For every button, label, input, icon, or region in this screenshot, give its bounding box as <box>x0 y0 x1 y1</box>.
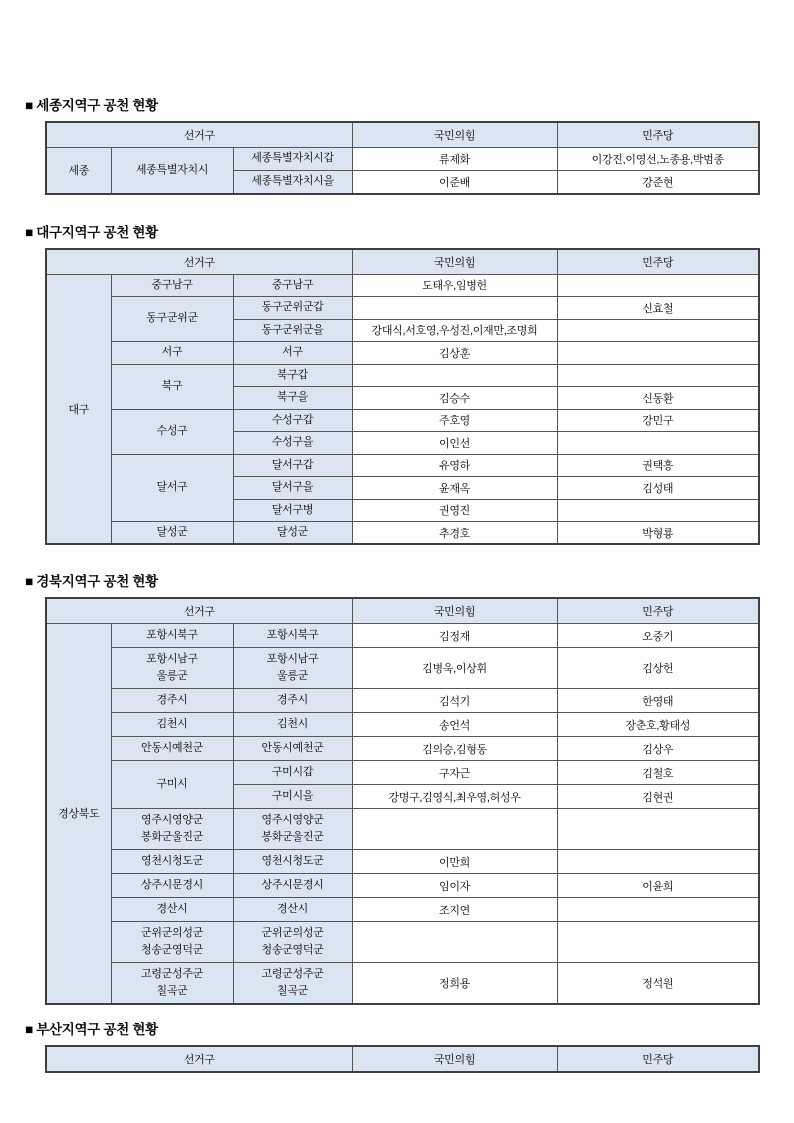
dp-candidate-cell <box>557 850 759 874</box>
district-group-cell: 영천시청도군 <box>111 850 233 874</box>
dp-candidate-cell: 이강진,이영선,노종용,박범종 <box>557 148 759 171</box>
district-group-cell: 동구군위군 <box>111 297 233 342</box>
header-ppp: 국민의힘 <box>352 249 557 275</box>
district-group-cell: 구미시 <box>111 761 233 809</box>
district-group-cell: 고령군성주군 칠곡군 <box>111 963 233 1004</box>
table-row: 수성구 수성구갑 주호영 강민구 <box>46 409 759 432</box>
district-group-cell: 영주시영양군 봉화군울진군 <box>111 809 233 850</box>
table-row: 동구군위군 동구군위군갑 신효철 <box>46 297 759 320</box>
ppp-candidate-cell <box>352 809 557 850</box>
table-row: 군위군의성군 청송군영덕군 군위군의성군 청송군영덕군 <box>46 922 759 963</box>
ppp-candidate-cell: 김정재 <box>352 624 557 648</box>
header-ppp: 국민의힘 <box>352 598 557 624</box>
ppp-candidate-cell: 김의승,김형동 <box>352 737 557 761</box>
district-cell: 상주시문경시 <box>233 874 352 898</box>
ppp-candidate-cell: 강명구,김영식,최우영,허성우 <box>352 785 557 809</box>
dp-candidate-cell <box>557 922 759 963</box>
region-cell: 대구 <box>46 274 111 544</box>
district-group-cell: 서구 <box>111 342 233 365</box>
ppp-candidate-cell: 정희용 <box>352 963 557 1004</box>
district-cell: 군위군의성군 청송군영덕군 <box>233 922 352 963</box>
district-group-cell: 달성군 <box>111 522 233 545</box>
table-row: 안동시예천군 안동시예천군 김의승,김형동 김상우 <box>46 737 759 761</box>
ppp-candidate-cell: 이인선 <box>352 432 557 455</box>
district-cell: 구미시을 <box>233 785 352 809</box>
dp-candidate-cell: 김상헌 <box>557 648 759 689</box>
header-dp: 민주당 <box>557 1046 759 1072</box>
section-sejong: ■ 세종지역구 공천 현황 선거구 국민의힘 민주당 세종 세종특별자치시 세종… <box>25 98 794 195</box>
dp-candidate-cell: 한영태 <box>557 689 759 713</box>
district-cell: 김천시 <box>233 713 352 737</box>
table-row: 구미시 구미시갑 구자근 김철호 <box>46 761 759 785</box>
table-row: 대구 중구남구 중구남구 도태우,임병헌 <box>46 274 759 297</box>
district-cell: 북구을 <box>233 387 352 410</box>
district-cell: 세종특별자치시갑 <box>233 148 352 171</box>
section-busan: ■ 부산지역구 공천 현황 선거구 국민의힘 민주당 <box>25 1022 794 1073</box>
district-group-cell: 달서구 <box>111 454 233 522</box>
district-cell: 영주시영양군 봉화군울진군 <box>233 809 352 850</box>
district-cell: 서구 <box>233 342 352 365</box>
district-group-cell: 김천시 <box>111 713 233 737</box>
ppp-candidate-cell: 류제화 <box>352 148 557 171</box>
ppp-candidate-cell <box>352 297 557 320</box>
nomination-table-sejong: 선거구 국민의힘 민주당 세종 세종특별자치시 세종특별자치시갑 류제화 이강진… <box>45 121 760 195</box>
ppp-candidate-cell: 김병욱,이상휘 <box>352 648 557 689</box>
region-cell: 경상북도 <box>46 624 111 1004</box>
header-constituency: 선거구 <box>46 598 352 624</box>
district-cell: 달서구을 <box>233 477 352 500</box>
nomination-table-gyeongbuk: 선거구 국민의힘 민주당 경상북도 포항시북구 포항시북구 김정재 오중기 포항… <box>45 597 760 1005</box>
dp-candidate-cell: 권택흥 <box>557 454 759 477</box>
dp-candidate-cell: 박형룡 <box>557 522 759 545</box>
district-group-cell: 수성구 <box>111 409 233 454</box>
table-header-row: 선거구 국민의힘 민주당 <box>46 122 759 148</box>
ppp-candidate-cell <box>352 364 557 387</box>
dp-candidate-cell <box>557 432 759 455</box>
table-row: 김천시 김천시 송언석 장춘호,황태성 <box>46 713 759 737</box>
table-row: 서구 서구 김상훈 <box>46 342 759 365</box>
district-cell: 세종특별자치시을 <box>233 171 352 194</box>
ppp-candidate-cell: 주호영 <box>352 409 557 432</box>
header-dp: 민주당 <box>557 598 759 624</box>
dp-candidate-cell: 오중기 <box>557 624 759 648</box>
ppp-candidate-cell: 김상훈 <box>352 342 557 365</box>
header-constituency: 선거구 <box>46 122 352 148</box>
ppp-candidate-cell: 김석기 <box>352 689 557 713</box>
ppp-candidate-cell: 유영하 <box>352 454 557 477</box>
district-cell: 영천시청도군 <box>233 850 352 874</box>
ppp-candidate-cell: 윤재옥 <box>352 477 557 500</box>
district-cell: 달성군 <box>233 522 352 545</box>
dp-candidate-cell: 강준현 <box>557 171 759 194</box>
header-dp: 민주당 <box>557 122 759 148</box>
header-constituency: 선거구 <box>46 1046 352 1072</box>
dp-candidate-cell: 이윤희 <box>557 874 759 898</box>
ppp-candidate-cell: 송언석 <box>352 713 557 737</box>
district-group-cell: 안동시예천군 <box>111 737 233 761</box>
dp-candidate-cell: 김철호 <box>557 761 759 785</box>
ppp-candidate-cell: 임이자 <box>352 874 557 898</box>
ppp-candidate-cell: 추경호 <box>352 522 557 545</box>
table-row: 포항시남구 울릉군 포항시남구 울릉군 김병욱,이상휘 김상헌 <box>46 648 759 689</box>
dp-candidate-cell <box>557 364 759 387</box>
district-group-cell: 북구 <box>111 364 233 409</box>
district-cell: 중구남구 <box>233 274 352 297</box>
table-row: 경상북도 포항시북구 포항시북구 김정재 오중기 <box>46 624 759 648</box>
district-group-cell: 포항시남구 울릉군 <box>111 648 233 689</box>
table-row: 달서구 달서구갑 유영하 권택흥 <box>46 454 759 477</box>
district-cell: 포항시북구 <box>233 624 352 648</box>
section-title-daegu: ■ 대구지역구 공천 현황 <box>25 225 794 240</box>
ppp-candidate-cell: 이준배 <box>352 171 557 194</box>
dp-candidate-cell: 강민구 <box>557 409 759 432</box>
dp-candidate-cell <box>557 274 759 297</box>
header-ppp: 국민의힘 <box>352 122 557 148</box>
table-header-row: 선거구 국민의힘 민주당 <box>46 249 759 275</box>
district-cell: 동구군위군갑 <box>233 297 352 320</box>
district-group-cell: 경산시 <box>111 898 233 922</box>
ppp-candidate-cell <box>352 922 557 963</box>
dp-candidate-cell <box>557 898 759 922</box>
ppp-candidate-cell: 이만희 <box>352 850 557 874</box>
dp-candidate-cell: 장춘호,황태성 <box>557 713 759 737</box>
table-row: 북구 북구갑 <box>46 364 759 387</box>
nomination-table-busan: 선거구 국민의힘 민주당 <box>45 1045 760 1073</box>
district-cell: 경산시 <box>233 898 352 922</box>
document-page: ■ 세종지역구 공천 현황 선거구 국민의힘 민주당 세종 세종특별자치시 세종… <box>0 0 794 1123</box>
district-cell: 수성구을 <box>233 432 352 455</box>
district-group-cell: 중구남구 <box>111 274 233 297</box>
table-row: 경주시 경주시 김석기 한영태 <box>46 689 759 713</box>
district-cell: 구미시갑 <box>233 761 352 785</box>
district-cell: 수성구갑 <box>233 409 352 432</box>
district-cell: 동구군위군을 <box>233 319 352 342</box>
ppp-candidate-cell: 김승수 <box>352 387 557 410</box>
table-row: 경산시 경산시 조지연 <box>46 898 759 922</box>
district-cell: 경주시 <box>233 689 352 713</box>
dp-candidate-cell: 김상우 <box>557 737 759 761</box>
dp-candidate-cell: 김성태 <box>557 477 759 500</box>
district-group-cell: 세종특별자치시 <box>111 148 233 194</box>
table-row: 달성군 달성군 추경호 박형룡 <box>46 522 759 545</box>
ppp-candidate-cell: 구자근 <box>352 761 557 785</box>
section-gyeongbuk: ■ 경북지역구 공천 현황 선거구 국민의힘 민주당 경상북도 포항시북구 포항… <box>25 574 794 1005</box>
district-cell: 달서구병 <box>233 499 352 522</box>
district-cell: 포항시남구 울릉군 <box>233 648 352 689</box>
table-row: 상주시문경시 상주시문경시 임이자 이윤희 <box>46 874 759 898</box>
district-group-cell: 상주시문경시 <box>111 874 233 898</box>
dp-candidate-cell: 김현권 <box>557 785 759 809</box>
dp-candidate-cell <box>557 499 759 522</box>
dp-candidate-cell <box>557 319 759 342</box>
ppp-candidate-cell: 조지연 <box>352 898 557 922</box>
dp-candidate-cell: 신효철 <box>557 297 759 320</box>
dp-candidate-cell: 정석원 <box>557 963 759 1004</box>
district-cell: 고령군성주군 칠곡군 <box>233 963 352 1004</box>
ppp-candidate-cell: 권영진 <box>352 499 557 522</box>
table-row: 영주시영양군 봉화군울진군 영주시영양군 봉화군울진군 <box>46 809 759 850</box>
dp-candidate-cell: 신동환 <box>557 387 759 410</box>
district-cell: 달서구갑 <box>233 454 352 477</box>
district-group-cell: 군위군의성군 청송군영덕군 <box>111 922 233 963</box>
table-header-row: 선거구 국민의힘 민주당 <box>46 1046 759 1072</box>
ppp-candidate-cell: 강대식,서호영,우성진,이재만,조명희 <box>352 319 557 342</box>
district-cell: 북구갑 <box>233 364 352 387</box>
district-group-cell: 경주시 <box>111 689 233 713</box>
region-cell: 세종 <box>46 148 111 194</box>
table-header-row: 선거구 국민의힘 민주당 <box>46 598 759 624</box>
section-title-gyeongbuk: ■ 경북지역구 공천 현황 <box>25 574 794 589</box>
dp-candidate-cell <box>557 342 759 365</box>
header-constituency: 선거구 <box>46 249 352 275</box>
header-ppp: 국민의힘 <box>352 1046 557 1072</box>
dp-candidate-cell <box>557 809 759 850</box>
district-group-cell: 포항시북구 <box>111 624 233 648</box>
table-row: 세종 세종특별자치시 세종특별자치시갑 류제화 이강진,이영선,노종용,박범종 <box>46 148 759 171</box>
section-daegu: ■ 대구지역구 공천 현황 선거구 국민의힘 민주당 대구 중구남구 중구남구 … <box>25 225 794 546</box>
section-title-busan: ■ 부산지역구 공천 현황 <box>25 1022 794 1037</box>
table-row: 고령군성주군 칠곡군 고령군성주군 칠곡군 정희용 정석원 <box>46 963 759 1004</box>
header-dp: 민주당 <box>557 249 759 275</box>
nomination-table-daegu: 선거구 국민의힘 민주당 대구 중구남구 중구남구 도태우,임병헌 동구군위군 … <box>45 248 760 546</box>
ppp-candidate-cell: 도태우,임병헌 <box>352 274 557 297</box>
section-title-sejong: ■ 세종지역구 공천 현황 <box>25 98 794 113</box>
table-row: 영천시청도군 영천시청도군 이만희 <box>46 850 759 874</box>
district-cell: 안동시예천군 <box>233 737 352 761</box>
